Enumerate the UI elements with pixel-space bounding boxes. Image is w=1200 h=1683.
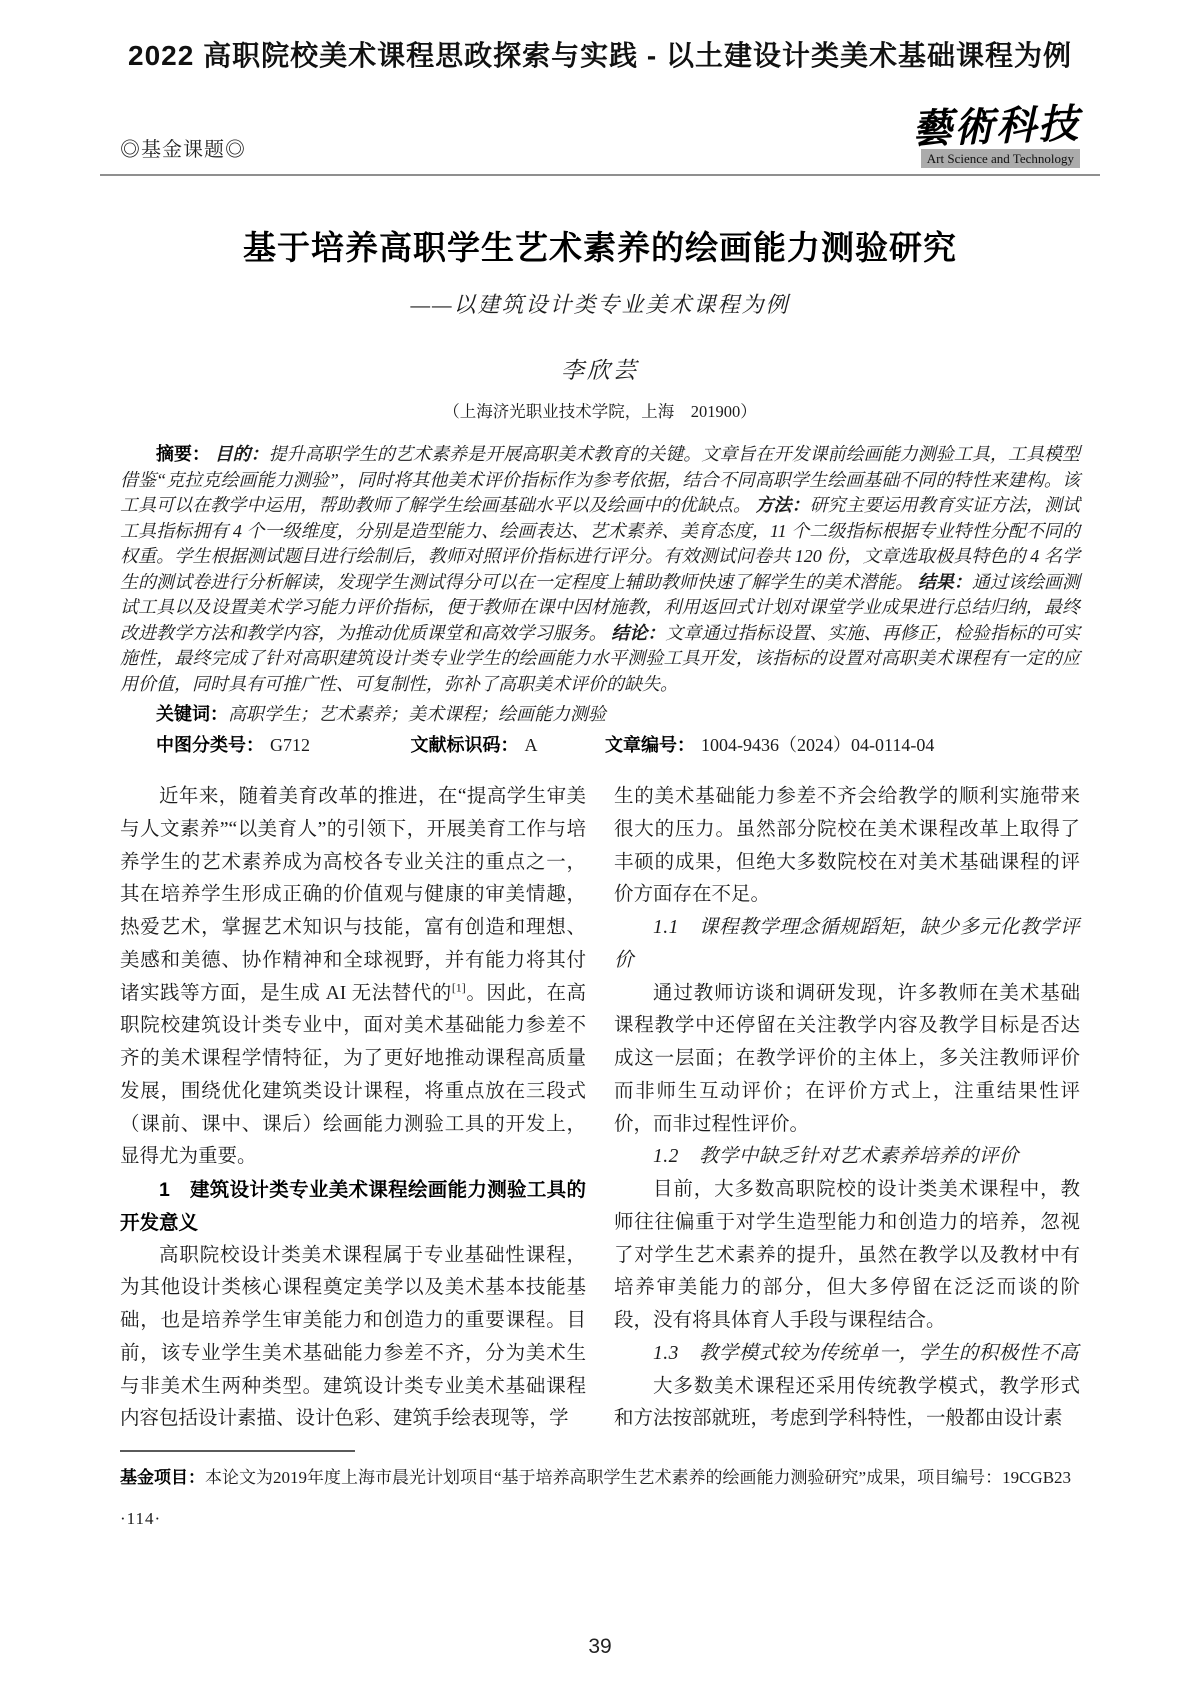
intro-text-pre: 近年来，随着美育改革的推进，在“提高学生审美与人文素养”“以美育人”的引领下，开…: [120, 786, 586, 1004]
header-band: ◎基金课题◎ 藝術科技 Art Science and Technology: [120, 74, 1080, 170]
abstract-paragraph: 摘要： 目的：提升高职学生的艺术素养是开展高职美术教育的关键。文章旨在开发课前绘…: [120, 442, 1080, 697]
subsection-1-3-paragraph: 大多数美术课程还采用传统教学模式，教学形式和方法按部就班，考虑到学科特性，一般都…: [614, 1371, 1080, 1437]
classification-line: 中图分类号：G712 文献标识码：A 文章编号：1004-9436（2024）0…: [120, 731, 1080, 759]
subsection-heading-1-2: 1.2 教学中缺乏针对艺术素养培养的评价: [614, 1141, 1080, 1174]
left-column: 近年来，随着美育改革的推进，在“提高学生审美与人文素养”“以美育人”的引领下，开…: [120, 781, 586, 1436]
citation-ref-1: [1]: [452, 980, 466, 994]
funding-text: 本论文为2019年度上海市晨光计划项目“基于培养高职学生艺术素养的绘画能力测验研…: [205, 1468, 1071, 1487]
abstract-label: 摘要：: [156, 444, 210, 464]
article-title: 基于培养高职学生艺术素养的绘画能力测验研究: [0, 222, 1200, 269]
funding-label: 基金项目：: [120, 1468, 205, 1487]
body-columns: 近年来，随着美育改革的推进，在“提高学生审美与人文素养”“以美育人”的引领下，开…: [120, 781, 1080, 1436]
abstract-method-label: 方法：: [756, 495, 810, 515]
article-id-label: 文章编号：: [605, 735, 695, 755]
clc-value: G712: [270, 735, 310, 755]
page-number: 39: [0, 1635, 1200, 1659]
author-name: 李欣芸: [0, 352, 1200, 385]
journal-page: 2022 高职院校美术课程思政探索与实践 - 以土建设计类美术基础课程为例 ◎基…: [0, 0, 1200, 1683]
abstract-result-label: 结果：: [918, 572, 972, 592]
doc-code-label: 文献标识码：: [411, 735, 519, 755]
subsection-1-2-paragraph: 目前，大多数高职院校的设计类美术课程中，教师往往偏重于对学生造型能力和创造力的培…: [614, 1174, 1080, 1338]
keywords-line: 关键词：高职学生；艺术素养；美术课程；绘画能力测验: [120, 700, 1080, 728]
header-divider: [100, 174, 1100, 176]
clc-label: 中图分类号：: [156, 735, 264, 755]
keywords-text: 高职学生；艺术素养；美术课程；绘画能力测验: [228, 704, 606, 724]
conference-header-title: 2022 高职院校美术课程思政探索与实践 - 以土建设计类美术基础课程为例: [0, 0, 1200, 74]
subsection-1-1-paragraph: 通过教师访谈和调研发现，许多教师在美术基础课程教学中还停留在关注教学内容及教学目…: [614, 978, 1080, 1142]
funding-note: 基金项目：本论文为2019年度上海市晨光计划项目“基于培养高职学生艺术素养的绘画…: [120, 1464, 1080, 1491]
section-1-paragraph: 高职院校设计类美术课程属于专业基础性课程，为其他设计类核心课程奠定美学以及美术基…: [120, 1240, 586, 1437]
keywords-label: 关键词：: [156, 704, 228, 724]
section-1-paragraph-continued: 生的美术基础能力参差不齐会给教学的顺利实施带来很大的压力。虽然部分院校在美术课程…: [614, 781, 1080, 912]
intro-text-post: 。因此，在高职院校建筑设计类专业中，面对美术基础能力参差不齐的美术课程学情特征，…: [120, 983, 586, 1168]
abstract-purpose-label: 目的：: [215, 444, 269, 464]
intro-paragraph: 近年来，随着美育改革的推进，在“提高学生审美与人文素养”“以美育人”的引领下，开…: [120, 781, 586, 1174]
right-column: 生的美术基础能力参差不齐会给教学的顺利实施带来很大的压力。虽然部分院校在美术课程…: [614, 781, 1080, 1436]
doc-code-value: A: [525, 735, 537, 755]
journal-logo: 藝術科技 Art Science and Technology: [912, 107, 1080, 168]
section-heading-1: 1 建筑设计类专业美术课程绘画能力测验工具的开发意义: [120, 1174, 586, 1240]
subsection-heading-1-1: 1.1 课程教学理念循规蹈矩，缺少多元化教学评价: [614, 912, 1080, 978]
abstract-conclusion-label: 结论：: [611, 623, 665, 643]
article-subtitle: ——以建筑设计类专业美术课程为例: [0, 288, 1200, 319]
column-label: ◎基金课题◎: [120, 133, 246, 162]
footnote-divider: [120, 1450, 355, 1452]
subsection-heading-1-3: 1.3 教学模式较为传统单一，学生的积极性不高: [614, 1338, 1080, 1371]
article-id-value: 1004-9436（2024）04-0114-04: [701, 735, 934, 755]
journal-page-label: ·114·: [120, 1509, 1200, 1529]
logo-calligraphy-text: 藝術科技: [911, 104, 1080, 150]
author-affiliation: （上海济光职业技术学院，上海 201900）: [0, 398, 1200, 422]
logo-subtitle: Art Science and Technology: [921, 149, 1080, 168]
